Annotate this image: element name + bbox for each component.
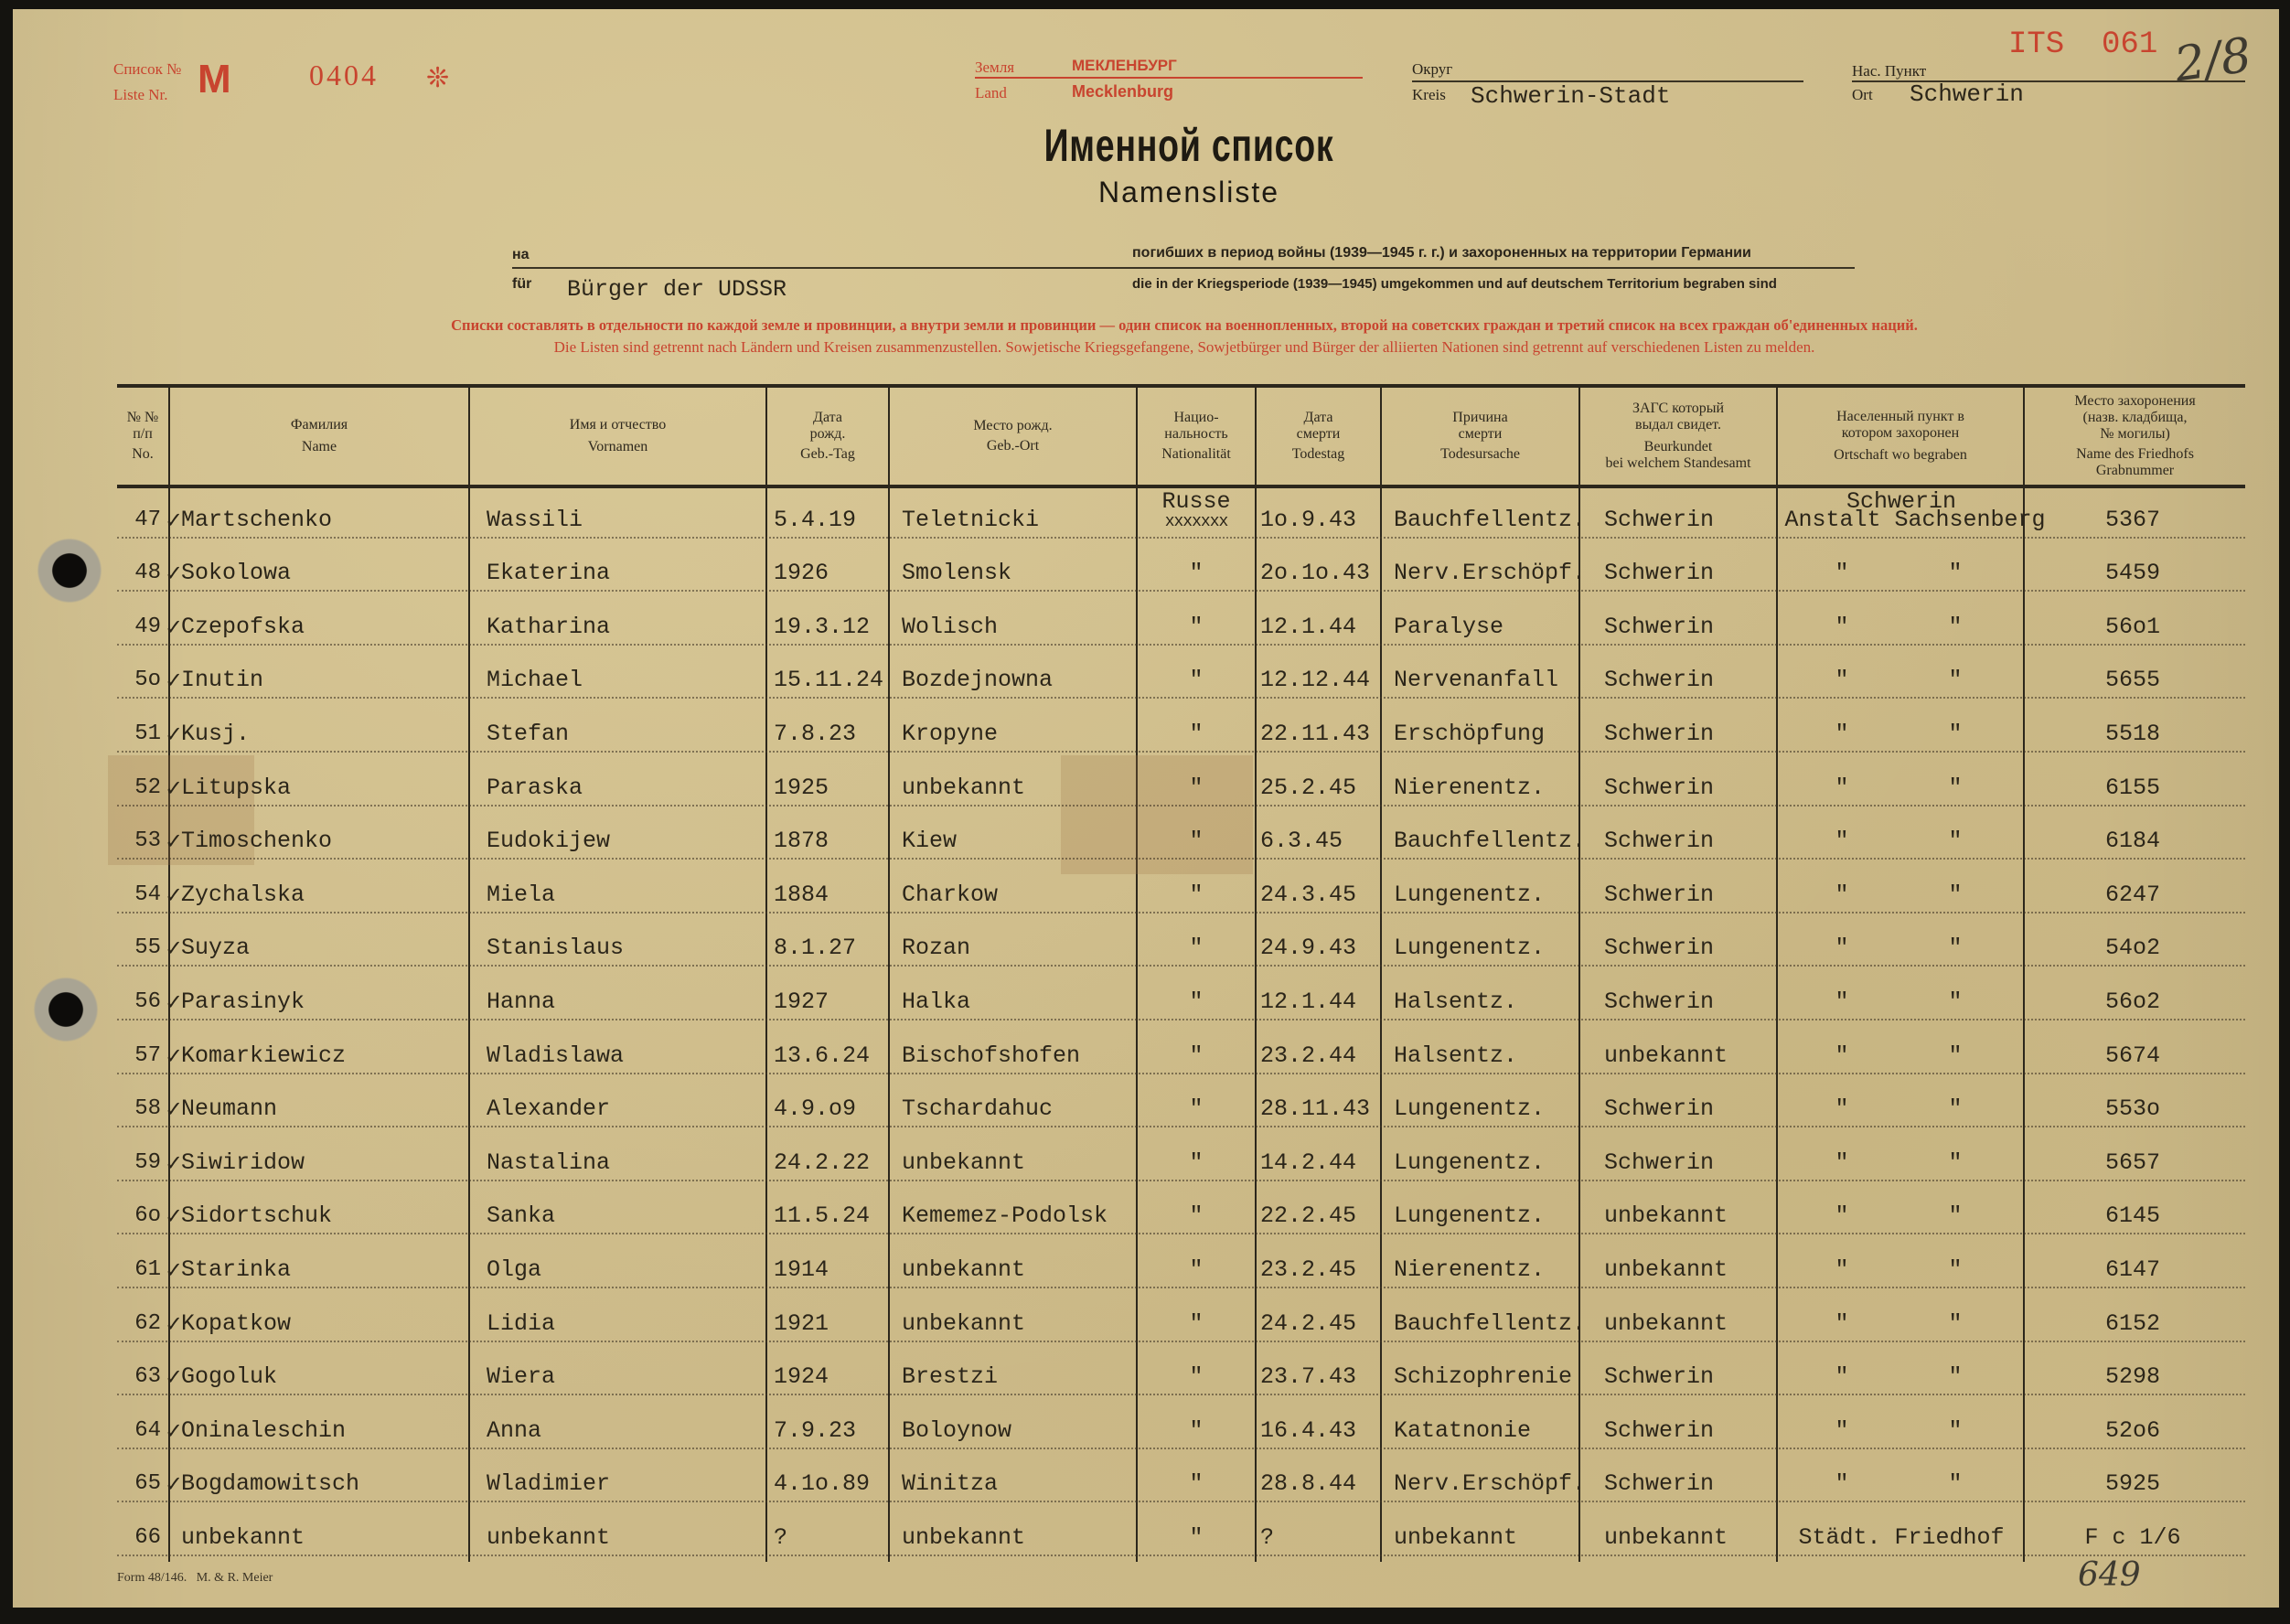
cell-geb-ort: Charkow (902, 882, 1136, 908)
cell-geb-ort: Rozan (902, 935, 1136, 961)
cell-no: 64 (117, 1418, 161, 1444)
header-ursache-de: Todesursache (1440, 446, 1520, 463)
row-dotted-rule (117, 1448, 2245, 1449)
cell-todestag: 24.9.43 (1260, 935, 1381, 961)
cell-standesamt: Schwerin (1604, 989, 1787, 1015)
cell-ursache: Bauchfellentz. (1394, 1311, 1595, 1337)
cell-geb-tag: 8.1.27 (774, 935, 893, 961)
cell-geb-tag: 1914 (774, 1257, 893, 1283)
cell-name: Neumann (181, 1096, 474, 1122)
table-row: 61✓StarinkaOlga1914unbekannt"23.2.45Nier… (117, 1238, 2245, 1292)
cell-no: 65 (117, 1471, 161, 1497)
na-label: на (512, 247, 530, 263)
cell-standesamt: Schwerin (1604, 1364, 1787, 1390)
cell-name: Suyza (181, 935, 474, 961)
cell-ort-b: " (1891, 1257, 2019, 1283)
cell-name: Oninaleschin (181, 1418, 474, 1444)
cell-ort-a: " (1778, 1471, 1906, 1497)
cell-geb-tag: 7.9.23 (774, 1418, 893, 1444)
header-ortschaft-ru: Населенный пункт в котором захоронен (1836, 409, 1964, 442)
cell-ort-a: " (1778, 1418, 1906, 1444)
cell-ort-a: " (1778, 1364, 1906, 1390)
land-underline (975, 77, 1363, 79)
land-value-ru: МЕКЛЕНБУРГ (1072, 57, 1177, 75)
cell-geb-ort: unbekannt (902, 1525, 1136, 1551)
cell-vorname: Katharina (487, 614, 761, 640)
cell-geb-ort: unbekannt (902, 1311, 1136, 1337)
cell-geb-ort: Kropyne (902, 721, 1136, 747)
cell-ort-b: " (1891, 882, 2019, 908)
cell-todestag: 14.2.44 (1260, 1150, 1381, 1176)
cell-ort-a: " (1778, 935, 1906, 961)
table-row: 65✓BogdamowitschWladimier4.1o.89Winitza"… (117, 1453, 2245, 1507)
cell-no: 58 (117, 1096, 161, 1122)
cell-ursache: Katatnonie (1394, 1418, 1595, 1444)
cell-no: 48 (117, 561, 161, 586)
cell-no: 51 (117, 721, 161, 747)
cell-ursache: Nervenanfall (1394, 668, 1595, 693)
table-row: 63✓GogolukWiera1924Brestzi"23.7.43Schizo… (117, 1346, 2245, 1400)
cell-ort-a: " (1778, 1257, 1906, 1283)
row-dotted-rule (117, 965, 2245, 967)
cell-geb-tag: 1921 (774, 1311, 893, 1337)
cell-vorname: Stanislaus (487, 935, 761, 961)
cell-ort-a: " (1778, 1043, 1906, 1069)
handwritten-folio: 2/8 (2171, 27, 2254, 92)
row-dotted-rule (117, 1501, 2245, 1502)
cell-nat: " (1138, 614, 1255, 640)
cell-geb-ort: Tschardahuc (902, 1096, 1136, 1122)
cell-nat: " (1138, 1525, 1255, 1551)
cell-geb-tag: 1884 (774, 882, 893, 908)
page-title-ru: Именной список (983, 119, 1395, 172)
cell-no: 54 (117, 882, 161, 908)
header-standesamt: ЗАГС который выдал свидет. Beurkundet be… (1580, 386, 1776, 486)
cell-grab: 56o2 (2027, 989, 2239, 1015)
cell-standesamt: Schwerin (1604, 882, 1787, 908)
cell-name: Kopatkow (181, 1311, 474, 1337)
cell-vorname: Wassili (487, 507, 761, 533)
row-dotted-rule (117, 805, 2245, 807)
header-name: Фамилия Name (170, 386, 468, 486)
table-row: 62✓KopatkowLidia1921unbekannt"24.2.45Bau… (117, 1292, 2245, 1346)
page-title-de: Namensliste (915, 176, 1463, 209)
cell-no: 47 (117, 507, 161, 533)
cell-ort-a: " (1778, 668, 1906, 693)
cell-nat: " (1138, 1096, 1255, 1122)
cell-geb-ort: Brestzi (902, 1364, 1136, 1390)
header-vornamen-ru: Имя и отчество (570, 417, 666, 433)
header-ursache-ru: Причина смерти (1452, 410, 1507, 443)
land-value-de: Mecklenburg (1072, 82, 1173, 101)
cell-ort-b: " (1891, 1418, 2019, 1444)
header-vornamen-de: Vornamen (588, 439, 647, 455)
header-standesamt-ru: ЗАГС который выдал свидет. (1632, 401, 1724, 433)
cell-name: Starinka (181, 1257, 474, 1283)
cell-nat: " (1138, 935, 1255, 961)
cell-vorname: Wiera (487, 1364, 761, 1390)
cell-nat: " (1138, 828, 1255, 854)
cell-grab: 5459 (2027, 561, 2239, 586)
header-no-ru: № № п/п (127, 410, 159, 443)
cell-grab: 6184 (2027, 828, 2239, 854)
table-row: 6o✓SidortschukSanka11.5.24Kememez-Podols… (117, 1185, 2245, 1239)
cell-standesamt: Schwerin (1604, 1471, 1787, 1497)
cell-nat: " (1138, 1043, 1255, 1069)
cell-standesamt: unbekannt (1604, 1043, 1787, 1069)
cell-no: 53 (117, 828, 161, 854)
kreis-label-ru: Округ (1412, 60, 1452, 79)
cell-standesamt: unbekannt (1604, 1311, 1787, 1337)
cell-todestag: 16.4.43 (1260, 1418, 1381, 1444)
table-row: 59✓SiwiridowNastalina24.2.22unbekannt"14… (117, 1131, 2245, 1185)
cell-grab: 5518 (2027, 721, 2239, 747)
cell-name: Gogoluk (181, 1364, 474, 1390)
instruction-de: Die Listen sind getrennt nach Ländern un… (119, 338, 2250, 357)
cell-no: 59 (117, 1150, 161, 1176)
cell-grab: 6152 (2027, 1311, 2239, 1337)
row-dotted-rule (117, 1073, 2245, 1074)
cell-geb-ort: Halka (902, 989, 1136, 1015)
row-dotted-rule (117, 697, 2245, 699)
cell-standesamt: Schwerin (1604, 935, 1787, 961)
table-row: 54✓ZychalskaMiela1884Charkow"24.3.45Lung… (117, 863, 2245, 917)
punch-hole-top (35, 536, 104, 605)
cell-vorname: Nastalina (487, 1150, 761, 1176)
cell-ort-b: " (1891, 1096, 2019, 1122)
cell-nat: " (1138, 1150, 1255, 1176)
cell-standesamt: Schwerin (1604, 828, 1787, 854)
cell-vorname: Hanna (487, 989, 761, 1015)
cell-nat: " (1138, 1418, 1255, 1444)
cell-no: 52 (117, 775, 161, 801)
row-dotted-rule (117, 1287, 2245, 1288)
cell-grab: F c 1/6 (2027, 1525, 2239, 1551)
cell-no: 57 (117, 1043, 161, 1069)
cell-todestag: 23.2.44 (1260, 1043, 1381, 1069)
cell-ort-b: " (1891, 775, 2019, 801)
cell-geb-tag: 13.6.24 (774, 1043, 893, 1069)
cell-no: 66 (117, 1525, 161, 1551)
cell-ursache: Nerv.Erschöpf. (1394, 561, 1595, 586)
cell-name: Komarkiewicz (181, 1043, 474, 1069)
cell-geb-tag: ? (774, 1525, 893, 1551)
cell-geb-tag: 5.4.19 (774, 507, 893, 533)
cell-geb-ort: Boloynow (902, 1418, 1136, 1444)
header-vornamen: Имя и отчество Vornamen (470, 386, 765, 486)
cell-ursache: Lungenentz. (1394, 1203, 1595, 1229)
cell-geb-ort: Smolensk (902, 561, 1136, 586)
row-dotted-rule (117, 590, 2245, 592)
cell-standesamt: unbekannt (1604, 1203, 1787, 1229)
struck-out-text: xxxxxxx (1138, 509, 1255, 535)
cell-todestag: 22.2.45 (1260, 1203, 1381, 1229)
table-row: 55✓SuyzaStanislaus8.1.27Rozan"24.9.43Lun… (117, 917, 2245, 971)
subtitle-de: die in der Kriegsperiode (1939—1945) umg… (1132, 276, 1777, 292)
cell-vorname: Anna (487, 1418, 761, 1444)
cell-no: 61 (117, 1257, 161, 1283)
cell-name: Bogdamowitsch (181, 1471, 474, 1497)
table-row: 52✓LitupskaParaska1925unbekannt"25.2.45N… (117, 756, 2245, 810)
table-row: 48✓SokolowaEkaterina1926Smolensk"2o.1o.4… (117, 542, 2245, 596)
cell-ort-a: Städt. Friedhof (1778, 1525, 2025, 1551)
cell-ort-b: " (1891, 1471, 2019, 1497)
header-nat-de: Nationalität (1161, 446, 1231, 463)
cell-geb-ort: Teletnicki (902, 507, 1136, 533)
archive-stamp: ITS 061 (2008, 27, 2157, 62)
cell-ursache: Halsentz. (1394, 1043, 1595, 1069)
cell-ort-a: " (1778, 1203, 1906, 1229)
cell-ort-a: " (1778, 882, 1906, 908)
cell-todestag: 24.3.45 (1260, 882, 1381, 908)
cell-name: Zychalska (181, 882, 474, 908)
cell-geb-tag: 19.3.12 (774, 614, 893, 640)
fuer-label: für (512, 276, 531, 293)
cell-geb-tag: 1924 (774, 1364, 893, 1390)
cell-no: 5o (117, 668, 161, 693)
cell-standesamt: Schwerin (1604, 507, 1787, 533)
cell-nat: " (1138, 989, 1255, 1015)
cell-ort-b: " (1891, 668, 2019, 693)
cell-grab: 6147 (2027, 1257, 2239, 1283)
row-dotted-rule (117, 751, 2245, 753)
cell-ort-b: " (1891, 1150, 2019, 1176)
cell-ort-b: " (1891, 935, 2019, 961)
cell-ort-a: " (1778, 614, 1906, 640)
cell-name: Martschenko (181, 507, 474, 533)
cell-nat: " (1138, 775, 1255, 801)
fuer-value: Bürger der UDSSR (567, 276, 787, 303)
cell-ort-b: " (1891, 1311, 2019, 1337)
header-geb-ort-ru: Место рожд. (973, 418, 1052, 434)
cell-todestag: 23.7.43 (1260, 1364, 1381, 1390)
cell-ursache: Paralyse (1394, 614, 1595, 640)
header-todestag: Дата смерти Todestag (1257, 386, 1380, 486)
cell-standesamt: Schwerin (1604, 721, 1787, 747)
cell-geb-tag: 1926 (774, 561, 893, 586)
cell-geb-ort: unbekannt (902, 775, 1136, 801)
cell-ursache: Erschöpfung (1394, 721, 1595, 747)
header-name-ru: Фамилия (291, 417, 348, 433)
cell-ort-b: " (1891, 614, 2019, 640)
header-no-de: No. (132, 446, 154, 463)
cell-geb-tag: 4.9.o9 (774, 1096, 893, 1122)
instruction-ru: Списки составлять в отдельности по каждо… (119, 316, 2250, 335)
land-label-de: Land (975, 84, 1007, 102)
cell-no: 62 (117, 1311, 161, 1337)
cell-standesamt: unbekannt (1604, 1257, 1787, 1283)
cell-todestag: 24.2.45 (1260, 1311, 1381, 1337)
cell-vorname: Sanka (487, 1203, 761, 1229)
cell-nat: " (1138, 1203, 1255, 1229)
cell-nat: " (1138, 721, 1255, 747)
row-dotted-rule (117, 1555, 2245, 1556)
list-label-ru: Список № (113, 60, 181, 79)
list-number: 0404 (309, 59, 379, 92)
cell-grab: 5655 (2027, 668, 2239, 693)
row-dotted-rule (117, 1019, 2245, 1020)
row-dotted-rule (117, 912, 2245, 913)
header-friedhof: Место захоронения (назв. кладбища, № мог… (2025, 386, 2245, 486)
cell-ort-a: " (1778, 721, 1906, 747)
cell-name: Sokolowa (181, 561, 474, 586)
cell-no: 6o (117, 1203, 161, 1229)
cell-name: Timoschenko (181, 828, 474, 854)
cell-geb-ort: Winitza (902, 1471, 1136, 1497)
cell-vorname: Michael (487, 668, 761, 693)
ort-label-ru: Нас. Пункт (1852, 62, 1926, 80)
cell-ort-b: " (1891, 1203, 2019, 1229)
cell-geb-ort: Wolisch (902, 614, 1136, 640)
cell-ort-b: " (1891, 561, 2019, 586)
cell-grab: 553o (2027, 1096, 2239, 1122)
cell-grab: 52o6 (2027, 1418, 2239, 1444)
cell-ursache: Lungenentz. (1394, 882, 1595, 908)
list-letter: M (198, 57, 231, 102)
table-row: 66unbekanntunbekannt?unbekannt"?unbekann… (117, 1506, 2245, 1560)
form-note: Form 48/146. M. & R. Meier (117, 1571, 273, 1586)
cell-vorname: unbekannt (487, 1525, 761, 1551)
cell-ursache: Nerv.Erschöpf. (1394, 1471, 1595, 1497)
cell-grab: 5298 (2027, 1364, 2239, 1390)
cell-name: Litupska (181, 775, 474, 801)
cell-grab: 6145 (2027, 1203, 2239, 1229)
header-geb-ort: Место рожд. Geb.-Ort (890, 386, 1136, 486)
cell-standesamt: Schwerin (1604, 561, 1787, 586)
cell-geb-tag: 11.5.24 (774, 1203, 893, 1229)
header-ortschaft-de: Ortschaft wo begraben (1834, 447, 1967, 464)
cell-name: Kusj. (181, 721, 474, 747)
cell-standesamt: Schwerin (1604, 775, 1787, 801)
table-row: 5o✓InutinMichael15.11.24Bozdejnowna"12.1… (117, 649, 2245, 703)
row-dotted-rule (117, 1233, 2245, 1234)
cell-vorname: Olga (487, 1257, 761, 1283)
header-no: № № п/п No. (117, 386, 168, 486)
cell-todestag: 12.1.44 (1260, 614, 1381, 640)
cell-nat: " (1138, 1364, 1255, 1390)
cell-ursache: Bauchfellentz. (1394, 507, 1595, 533)
cell-nat: " (1138, 1471, 1255, 1497)
cell-vorname: Wladimier (487, 1471, 761, 1497)
cell-nat: " (1138, 882, 1255, 908)
table-row: 49✓CzepofskaKatharina19.3.12Wolisch"12.1… (117, 595, 2245, 649)
cell-todestag: 28.8.44 (1260, 1471, 1381, 1497)
cell-ursache: Lungenentz. (1394, 935, 1595, 961)
cell-ursache: Lungenentz. (1394, 1150, 1595, 1176)
ort-value: Schwerin (1910, 80, 2024, 108)
header-ortschaft: Населенный пункт в котором захоронен Ort… (1778, 386, 2023, 486)
cell-geb-ort: Bischofshofen (902, 1043, 1136, 1069)
row-dotted-rule (117, 1180, 2245, 1181)
cell-standesamt: unbekannt (1604, 1525, 1787, 1551)
handwritten-page-number: 649 (2078, 1556, 2141, 1594)
cell-grab: 54o2 (2027, 935, 2239, 961)
cell-ursache: Halsentz. (1394, 989, 1595, 1015)
cell-todestag: 22.11.43 (1260, 721, 1381, 747)
cell-todestag: 6.3.45 (1260, 828, 1381, 854)
header-friedhof-ru: Место захоронения (назв. кладбища, № мог… (2074, 393, 2195, 443)
cell-ort-a: " (1778, 561, 1906, 586)
cell-name: Sidortschuk (181, 1203, 474, 1229)
ort-label-de: Ort (1852, 86, 1873, 104)
cell-todestag: 12.1.44 (1260, 989, 1381, 1015)
cell-geb-tag: 1927 (774, 989, 893, 1015)
cell-no: 55 (117, 935, 161, 961)
cell-todestag: 2o.1o.43 (1260, 561, 1381, 586)
kreis-value: Schwerin-Stadt (1471, 82, 1670, 110)
header-geb-tag-de: Geb.-Tag (800, 446, 855, 463)
cell-geb-tag: 4.1o.89 (774, 1471, 893, 1497)
table-row: 58✓NeumannAlexander4.9.o9Tschardahuc"28.… (117, 1078, 2245, 1132)
header-nat-ru: Нацио- нальность (1164, 410, 1227, 443)
header-todestag-de: Todestag (1292, 446, 1345, 463)
land-label-ru: Земля (975, 59, 1014, 77)
cell-ort-a: " (1778, 828, 1906, 854)
cell-standesamt: Schwerin (1604, 614, 1787, 640)
cell-geb-tag: 1878 (774, 828, 893, 854)
cell-grab: 56o1 (2027, 614, 2239, 640)
cell-ort-a: " (1778, 989, 1906, 1015)
cell-todestag: 25.2.45 (1260, 775, 1381, 801)
cell-name: Parasinyk (181, 989, 474, 1015)
cell-todestag: 1o.9.43 (1260, 507, 1381, 533)
subtitle-underline (512, 267, 1855, 269)
cell-standesamt: Schwerin (1604, 1096, 1787, 1122)
asterisk-stamp-icon: ❊ (426, 62, 449, 94)
cell-standesamt: Schwerin (1604, 1150, 1787, 1176)
table-row: 53✓TimoschenkoEudokijew1878Kiew"6.3.45Ba… (117, 810, 2245, 864)
cell-grab: 5657 (2027, 1150, 2239, 1176)
cell-ort-b: " (1891, 1043, 2019, 1069)
cell-grab: 5674 (2027, 1043, 2239, 1069)
cell-no: 63 (117, 1364, 161, 1390)
cell-geb-ort: unbekannt (902, 1257, 1136, 1283)
cell-vorname: Wladislawa (487, 1043, 761, 1069)
subtitle-ru: погибших в период войны (1939—1945 г. г.… (1132, 245, 1751, 262)
cell-geb-tag: 24.2.22 (774, 1150, 893, 1176)
row-dotted-rule (117, 858, 2245, 860)
table-row: 47✓MartschenkoWassili5.4.19TeletnickiRus… (117, 488, 2245, 542)
cell-standesamt: Schwerin (1604, 1418, 1787, 1444)
list-label-de: Liste Nr. (113, 86, 168, 104)
cell-grab: 5925 (2027, 1471, 2239, 1497)
cell-name: Siwiridow (181, 1150, 474, 1176)
row-dotted-rule (117, 1394, 2245, 1395)
punch-hole-bottom (31, 975, 101, 1044)
cell-grab: 5367 (2027, 507, 2239, 533)
cell-ort-b: Anstalt Sachsenberg (1778, 507, 2052, 533)
header-name-de: Name (302, 439, 337, 455)
cell-vorname: Ekaterina (487, 561, 761, 586)
header-geb-tag: Дата рожд. Geb.-Tag (767, 386, 888, 486)
cell-ursache: Lungenentz. (1394, 1096, 1595, 1122)
cell-todestag: ? (1260, 1525, 1381, 1551)
cell-geb-ort: Bozdejnowna (902, 668, 1136, 693)
cell-geb-ort: Kiew (902, 828, 1136, 854)
cell-grab: 6155 (2027, 775, 2239, 801)
cell-geb-tag: 1925 (774, 775, 893, 801)
cell-ursache: Nierenentz. (1394, 1257, 1595, 1283)
row-dotted-rule (117, 537, 2245, 539)
cell-vorname: Stefan (487, 721, 761, 747)
cell-geb-tag: 15.11.24 (774, 668, 893, 693)
cell-ort-b: " (1891, 721, 2019, 747)
cell-vorname: Eudokijew (487, 828, 761, 854)
cell-vorname: Lidia (487, 1311, 761, 1337)
cell-ort-b: " (1891, 989, 2019, 1015)
cell-todestag: 28.11.43 (1260, 1096, 1381, 1122)
cell-geb-ort: unbekannt (902, 1150, 1136, 1176)
